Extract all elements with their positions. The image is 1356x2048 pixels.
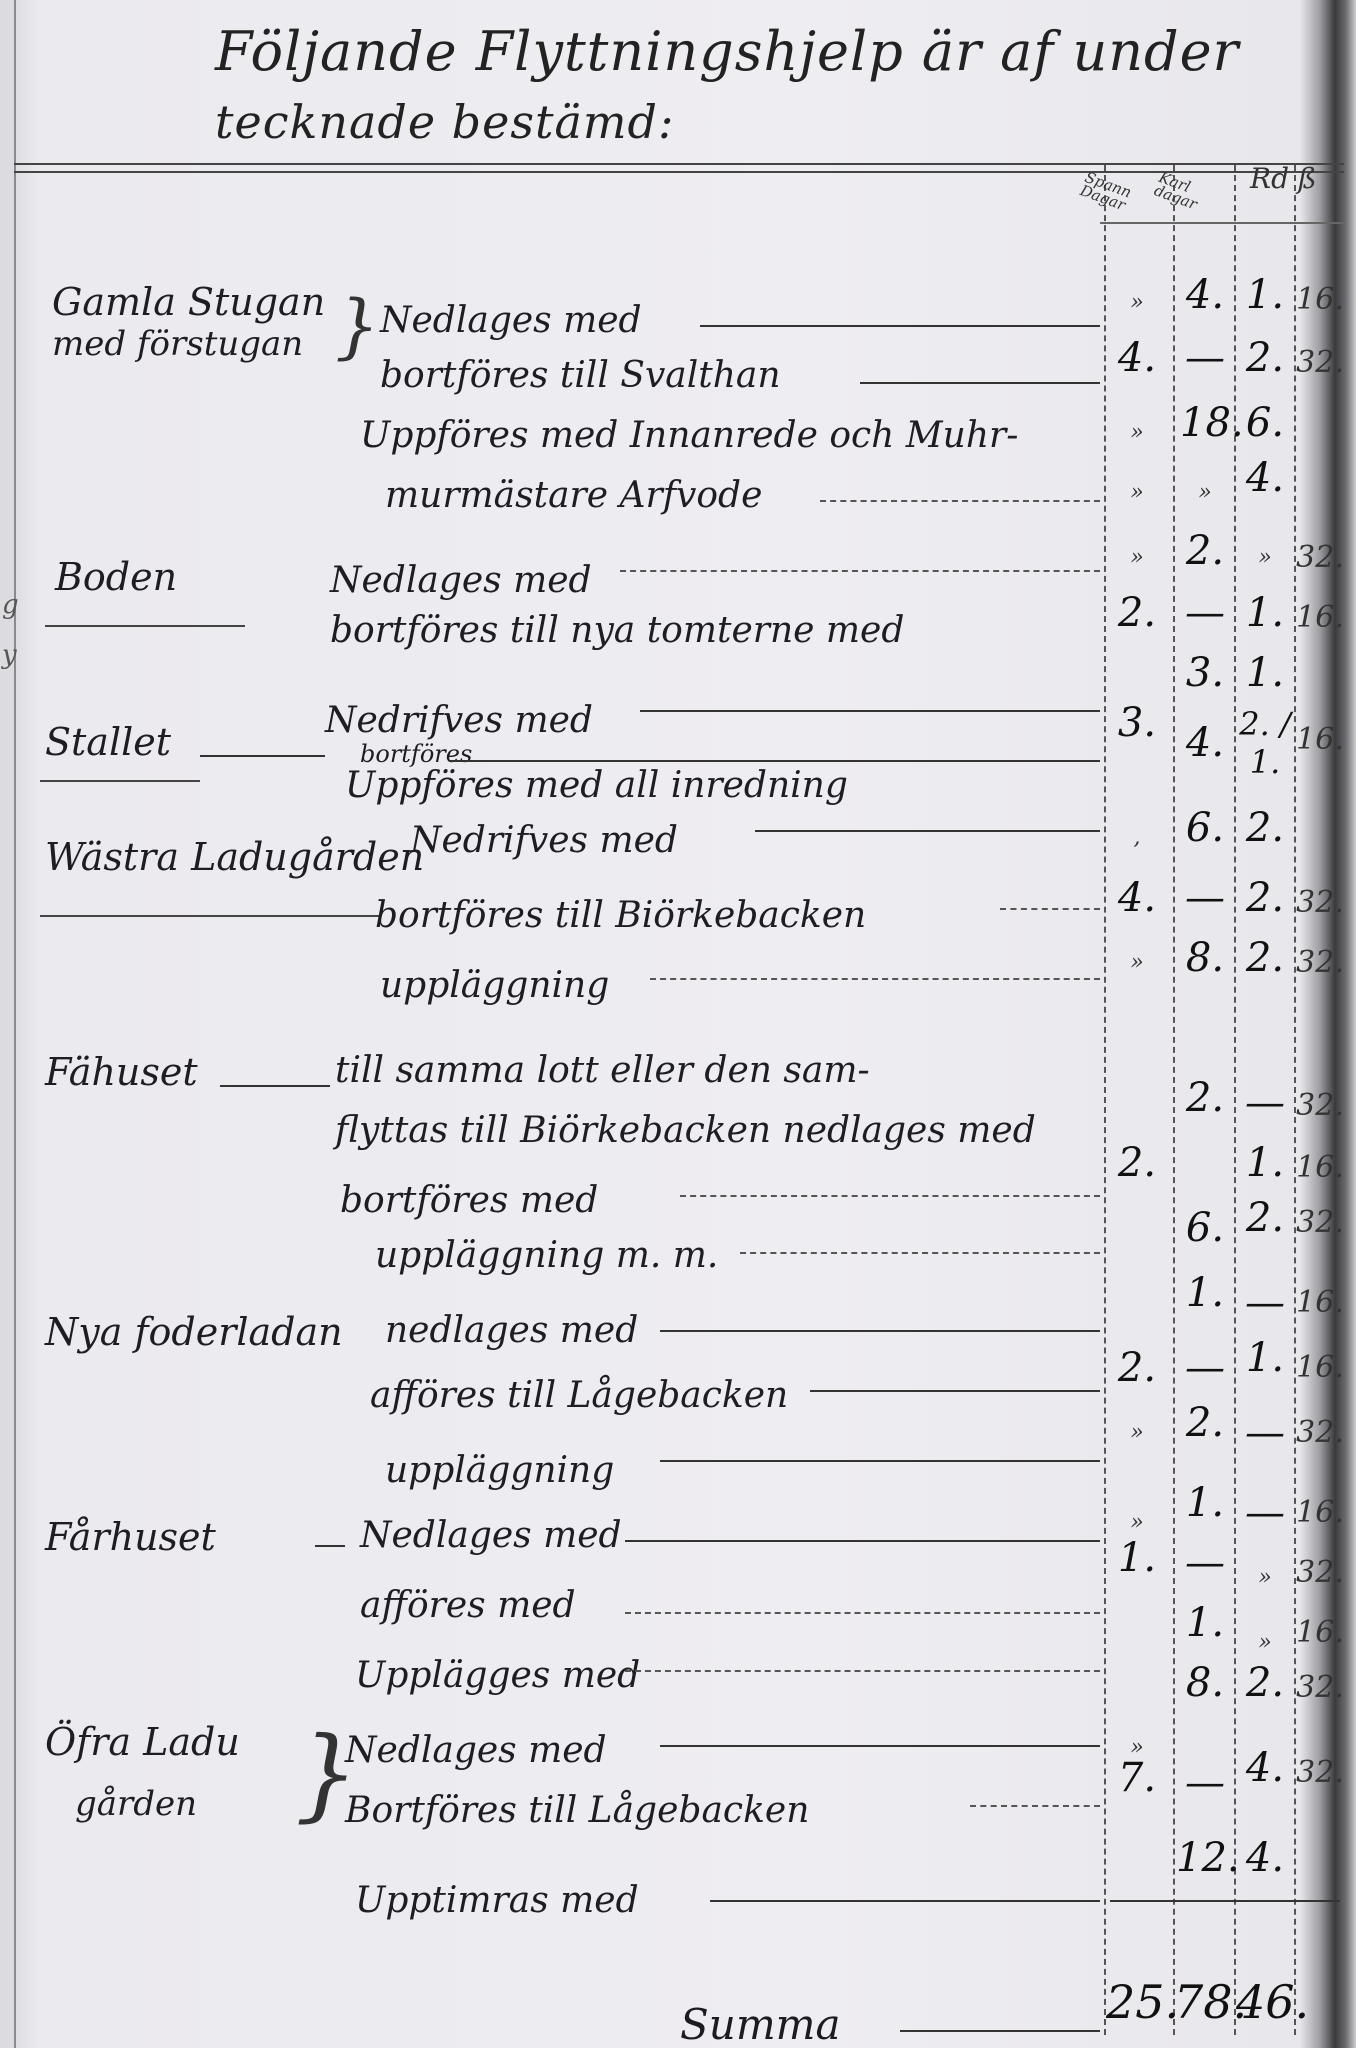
- cell-karl: —: [1180, 875, 1230, 921]
- building-name: Fähuset: [45, 1050, 198, 1094]
- cell-sk: 32.: [1296, 345, 1344, 380]
- cell-sk: 32.: [1296, 885, 1344, 920]
- entry-row-text: uppläggning: [385, 1450, 614, 1491]
- entry-row-text: Upptimras med: [355, 1880, 639, 1921]
- building-title: Fårhuset: [45, 1515, 216, 1559]
- cell-spann: »: [1112, 1510, 1162, 1535]
- building-title: Wästra Ladugården: [45, 835, 424, 879]
- building-title: Fähuset: [45, 1050, 198, 1094]
- leader-line: [660, 1460, 1100, 1462]
- cell-sk: 16.: [1296, 1495, 1344, 1530]
- column-header-karl-dagar: Karl dagar: [1152, 170, 1207, 213]
- cell-spann: »: [1112, 1420, 1162, 1445]
- cell-sk: 32.: [1296, 1205, 1344, 1240]
- cell-karl: —: [1180, 1540, 1230, 1586]
- cell-karl: 1.: [1180, 1600, 1230, 1646]
- entry-row-text: Nedlages med: [330, 560, 592, 601]
- cell-rd: 4.: [1240, 1745, 1290, 1791]
- entry-row-text: afföres med: [360, 1585, 576, 1626]
- cell-rd: —: [1240, 1410, 1290, 1456]
- building-name: Stallet: [45, 720, 171, 764]
- cell-spann: 3.: [1112, 700, 1162, 746]
- cell-sk: 16.: [1296, 1285, 1344, 1320]
- cell-rd: 4.: [1240, 455, 1290, 501]
- cell-karl: —: [1180, 1345, 1230, 1391]
- entry-row-text-crossed: bortföres: [360, 740, 472, 768]
- entry-row-text: nedlages med: [385, 1310, 638, 1351]
- building-name: Fårhuset: [45, 1515, 216, 1559]
- leader-line: [755, 830, 1100, 832]
- cell-spann: 4.: [1112, 875, 1162, 921]
- cell-rd: »: [1240, 1565, 1290, 1590]
- building-title: Öfra Ladu: [45, 1720, 240, 1764]
- entry-row-text: Uppföres med all inredning: [345, 765, 848, 806]
- cell-spann: »: [1112, 480, 1162, 505]
- building-subtitle: med förstugan: [52, 324, 325, 364]
- heading-double-rule: [14, 163, 1344, 173]
- entry-row-text: flyttas till Biörkebacken nedlages med: [335, 1110, 1036, 1151]
- leader-line: [1000, 908, 1100, 910]
- cell-sk: 32.: [1296, 1670, 1344, 1705]
- cell-sk: 16.: [1296, 282, 1344, 317]
- cell-rd: 1.: [1240, 1335, 1290, 1381]
- cell-rd: 2.: [1240, 875, 1290, 921]
- total-karl: 78.: [1174, 1975, 1234, 2029]
- document-page: g y Följande Flyttningshjelp är af under…: [0, 0, 1356, 2048]
- column-divider-spann: [1104, 165, 1106, 2035]
- leader-line: [900, 2030, 1100, 2032]
- entry-row-text: Nedlages med: [380, 300, 642, 341]
- building-title: Nya foderladan: [45, 1310, 343, 1354]
- cell-rd: 2.: [1240, 805, 1290, 851]
- entry-row-text: Uppföres med Innanrede och Muhr-: [360, 415, 1018, 456]
- leader-line: [700, 325, 1100, 327]
- entry-row-text: murmästare Arfvode: [385, 475, 762, 516]
- cell-karl: 2.: [1180, 1400, 1230, 1446]
- cell-karl: —: [1180, 335, 1230, 381]
- cell-karl: 4.: [1180, 720, 1230, 766]
- building-name: Nya foderladan: [45, 1310, 343, 1354]
- column-header-rule: [1100, 222, 1345, 224]
- page-binding-edge: [0, 0, 16, 2048]
- cell-spann: »: [1112, 420, 1162, 445]
- entry-row-text: Bortföres till Lågebacken: [345, 1790, 809, 1831]
- leader-line: [740, 1252, 1100, 1254]
- brace-mark: }: [335, 285, 380, 367]
- cell-rd: »: [1240, 1630, 1290, 1655]
- entry-row-text: Nedlages med: [360, 1515, 622, 1556]
- column-header-money: Rd ß: [1250, 172, 1317, 186]
- cell-rd: 2. / 1.: [1236, 705, 1294, 781]
- entry-row-text: Nedlages med: [345, 1730, 607, 1771]
- leader-line: [660, 1330, 1100, 1332]
- leader-line: [625, 1540, 1100, 1542]
- cell-rd: —: [1240, 1080, 1290, 1126]
- cell-karl: 2.: [1180, 528, 1230, 574]
- cell-spann: 2.: [1112, 1140, 1162, 1186]
- leader-line: [680, 1195, 1100, 1197]
- entry-row-text: uppläggning: [380, 965, 609, 1006]
- cell-spann: 2.: [1112, 1345, 1162, 1391]
- leader-line: [315, 1545, 345, 1547]
- cell-rd: 4.: [1240, 1835, 1290, 1881]
- cell-spann: »: [1112, 290, 1162, 315]
- cell-rd: 2.: [1240, 935, 1290, 981]
- entry-row-text: Upplägges med: [355, 1655, 640, 1696]
- cell-karl: —: [1180, 1760, 1230, 1806]
- leader-line: [970, 1805, 1100, 1807]
- cell-karl: 3.: [1180, 650, 1230, 696]
- cell-sk: 32.: [1296, 1088, 1344, 1123]
- cell-karl: 8.: [1180, 1660, 1230, 1706]
- building-name: Boden: [55, 555, 177, 599]
- cell-sk: 16.: [1296, 1350, 1344, 1385]
- margin-fragment: g: [2, 590, 19, 620]
- cell-rd: —: [1240, 1280, 1290, 1326]
- cell-rd: 1.: [1240, 650, 1290, 696]
- cell-sk: 32.: [1296, 945, 1344, 980]
- cell-spann: 1.: [1112, 1535, 1162, 1581]
- cell-sk: 32.: [1296, 1755, 1344, 1790]
- cell-spann: 2.: [1112, 590, 1162, 636]
- cell-karl: 1.: [1180, 1480, 1230, 1526]
- building-title: Gamla Stugan: [52, 280, 325, 324]
- leader-line: [625, 1612, 1100, 1614]
- leader-line: [200, 755, 325, 757]
- cell-karl: »: [1180, 480, 1230, 505]
- leader-line: [660, 1745, 1100, 1747]
- building-title: Stallet: [45, 720, 171, 764]
- column-divider-karl: [1173, 165, 1175, 2035]
- entry-row-text: bortföres till Svalthan: [380, 355, 781, 396]
- building-title: Boden: [55, 555, 177, 599]
- entry-row-text: afföres till Lågebacken: [370, 1375, 788, 1416]
- underline: [40, 915, 380, 917]
- underline: [40, 780, 200, 782]
- cell-karl: 18.: [1180, 400, 1230, 446]
- entry-row-text: Nedrifves med: [410, 820, 678, 861]
- leader-line: [620, 570, 1100, 572]
- leader-line: [820, 500, 1100, 502]
- entry-row-text: Nedrifves med: [325, 700, 593, 741]
- leader-line: [450, 760, 1100, 762]
- building-name: Wästra Ladugården: [45, 835, 424, 879]
- cell-karl: 4.: [1180, 272, 1230, 318]
- cell-sk: 16.: [1296, 600, 1344, 635]
- cell-spann: »: [1112, 950, 1162, 975]
- total-label: Summa: [680, 2000, 841, 2048]
- cell-karl: 6.: [1180, 1205, 1230, 1251]
- document-heading-line-1: Följande Flyttningshjelp är af under: [215, 20, 1239, 83]
- total-spann: 25.: [1106, 1975, 1172, 2029]
- cell-sk: 32.: [1296, 1555, 1344, 1590]
- leader-line: [220, 1085, 330, 1087]
- entry-row-text: till samma lott eller den sam-: [335, 1050, 870, 1091]
- leader-line: [710, 1900, 1100, 1902]
- cell-sk: 32.: [1296, 540, 1344, 575]
- entry-row-text: bortföres med: [340, 1180, 598, 1221]
- building-name: Gamla Stugan med förstugan: [52, 280, 325, 364]
- margin-fragment: y: [2, 640, 17, 670]
- cell-spann: 4.: [1112, 335, 1162, 381]
- cell-karl: 6.: [1180, 805, 1230, 851]
- cell-rd: 6.: [1240, 400, 1290, 446]
- cell-rd: »: [1240, 545, 1290, 570]
- cell-karl: 2.: [1180, 1075, 1230, 1121]
- cell-rd: 1.: [1240, 272, 1290, 318]
- total-rule: [1110, 1900, 1340, 1902]
- cell-rd: 2.: [1240, 1660, 1290, 1706]
- entry-row-text: bortföres till Biörkebacken: [375, 895, 866, 936]
- cell-karl: 12.: [1176, 1835, 1234, 1881]
- cell-sk: 16.: [1296, 1150, 1344, 1185]
- cell-rd: 1.: [1240, 590, 1290, 636]
- cell-sk: 32.: [1296, 1415, 1344, 1450]
- total-rd: 46.: [1236, 1975, 1296, 2029]
- cell-karl: 1.: [1180, 1270, 1230, 1316]
- entry-row-text: bortföres till nya tomterne med: [330, 610, 904, 651]
- cell-sk: 16.: [1296, 722, 1344, 757]
- column-header-spann-dagar: Spann Dagar: [1078, 170, 1133, 213]
- underline: [45, 625, 245, 627]
- cell-spann: »: [1112, 545, 1162, 570]
- cell-rd: 2.: [1240, 335, 1290, 381]
- cell-spann: 7.: [1112, 1755, 1162, 1801]
- cell-rd: 2.: [1240, 1195, 1290, 1241]
- building-subtitle: gården: [75, 1784, 240, 1824]
- cell-karl: 8.: [1180, 935, 1230, 981]
- cell-sk: 16.: [1296, 1615, 1344, 1650]
- leader-line: [640, 710, 1100, 712]
- leader-line: [810, 1390, 1100, 1392]
- cell-rd: —: [1240, 1490, 1290, 1536]
- entry-row-text: uppläggning m. m.: [375, 1235, 718, 1276]
- leader-line: [650, 978, 1100, 980]
- cell-spann: ,: [1112, 825, 1162, 850]
- leader-line: [625, 1670, 1100, 1672]
- cell-rd: 1.: [1240, 1140, 1290, 1186]
- leader-line: [860, 382, 1100, 384]
- document-heading-line-2: tecknade bestämd:: [215, 95, 674, 149]
- building-name: Öfra Ladu gården: [45, 1720, 240, 1824]
- cell-karl: —: [1180, 590, 1230, 636]
